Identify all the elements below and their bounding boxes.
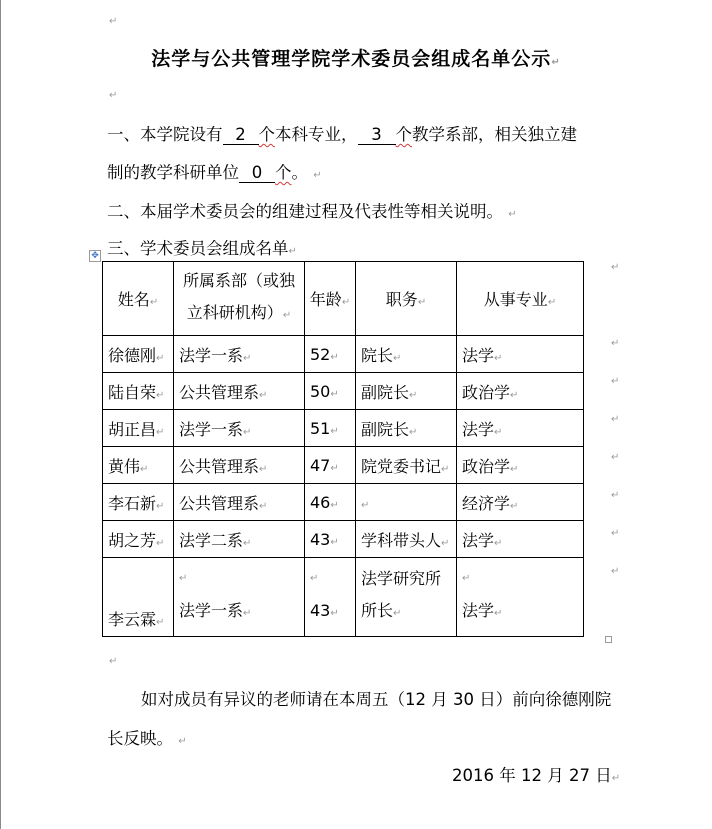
paragraph-mark: ↵	[330, 426, 338, 437]
cell-text: 副院长	[361, 383, 409, 402]
cell-text: 学科带头人	[361, 531, 441, 550]
cell-text: 50	[310, 382, 330, 401]
paragraph-mark: ↵	[156, 353, 164, 364]
cell-text: 法学二系	[179, 531, 243, 550]
cell-text: 徐德刚	[108, 346, 156, 365]
cell-text: 公共管理系	[179, 457, 259, 476]
cell-text: 黄伟	[108, 457, 140, 476]
paragraph-mark: ↵	[441, 464, 449, 475]
cell-text: 法学	[462, 346, 494, 365]
cell-name[interactable]: 胡之芳↵	[103, 521, 174, 558]
row-end-mark: ↵	[611, 376, 619, 387]
cell-position[interactable]: 副院长↵	[356, 410, 457, 447]
majors-text: 本科专业，	[275, 125, 358, 144]
paragraph-mark: ↵	[330, 608, 338, 619]
paragraph-mark: ↵	[612, 773, 620, 784]
paragraph-mark: ↵	[330, 537, 338, 548]
table-row: 胡正昌↵ 法学一系↵ 51↵ 副院长↵ 法学↵	[103, 410, 584, 447]
cell-text: 法学	[462, 531, 494, 550]
units-count-field[interactable]: 0	[239, 164, 275, 183]
paragraph-mark: ↵	[243, 538, 251, 549]
cell-text-line1: 法学研究所	[361, 569, 441, 588]
title-text: 法学与公共管理学院学术委员会组成名单公示	[151, 48, 551, 70]
paragraph-mark: ↵	[156, 390, 164, 401]
header-position[interactable]: 职务↵	[356, 262, 457, 336]
cell-text: 47	[310, 456, 330, 475]
depts-count-field[interactable]: 3	[358, 126, 396, 145]
paragraph-mark: ↵	[243, 353, 251, 364]
paragraph-mark: ↵	[243, 427, 251, 438]
cell-age[interactable]: 46↵	[305, 484, 356, 521]
header-specialty-label: 从事专业	[484, 290, 548, 309]
cell-age[interactable]: 47↵	[305, 447, 356, 484]
paragraph-mark: ↵	[409, 427, 417, 438]
cell-text: 法学	[462, 601, 494, 620]
cell-position[interactable]: 法学研究所所长↵	[356, 558, 457, 637]
paragraph-mark: ↵	[494, 608, 502, 619]
header-dept-line1: 所属系部（或独	[183, 271, 295, 290]
majors-unit: 个	[259, 125, 276, 144]
paragraph-mark: ↵	[508, 209, 516, 220]
paragraph-mark: ↵	[313, 170, 321, 181]
cell-dept[interactable]: ↵法学一系↵	[174, 558, 305, 637]
cell-text-line2: 所长	[361, 601, 393, 620]
table-row: 胡之芳↵ 法学二系↵ 43↵ 学科带头人↵ 法学↵	[103, 521, 584, 558]
cell-text: 经济学	[462, 494, 510, 513]
paragraph-mark: ↵	[259, 390, 267, 401]
cell-text: 51	[310, 419, 330, 438]
cell-position[interactable]: 院党委书记↵	[356, 447, 457, 484]
paragraph-mark: ↵	[109, 90, 117, 101]
header-specialty[interactable]: 从事专业↵	[457, 262, 584, 336]
cell-text: 43	[310, 530, 330, 549]
paragraph-mark: ↵	[259, 501, 267, 512]
paragraph-mark: ↵	[259, 464, 267, 475]
cell-text: 公共管理系	[179, 494, 259, 513]
document-title[interactable]: 法学与公共管理学院学术委员会组成名单公示↵	[0, 44, 712, 71]
cell-text: 副院长	[361, 420, 409, 439]
paragraph-mark: ↵	[330, 500, 338, 511]
row-end-mark: ↵	[611, 528, 619, 539]
cell-text: 陆自荣	[108, 383, 156, 402]
paragraph-mark: ↵	[510, 390, 518, 401]
cell-text: 法学一系	[179, 601, 243, 620]
cell-text: 政治学	[462, 383, 510, 402]
table-row: 李云霖↵ ↵法学一系↵ ↵43↵ 法学研究所所长↵ ↵法学↵	[103, 558, 584, 637]
cell-text: 52	[310, 345, 330, 364]
header-dept[interactable]: 所属系部（或独立科研机构）↵	[174, 262, 305, 336]
paragraph-mark: ↵	[178, 736, 186, 747]
section-1-line-2-suffix: 。	[292, 163, 309, 182]
cell-specialty[interactable]: 政治学↵	[457, 373, 584, 410]
cell-name[interactable]: 胡正昌↵	[103, 410, 174, 447]
cell-position[interactable]: 学科带头人↵	[356, 521, 457, 558]
paragraph-mark: ↵	[393, 608, 401, 619]
cell-text: 李云霖	[108, 610, 156, 629]
section-2-text: 二、本届学术委员会的组建过程及代表性等相关说明。	[107, 202, 503, 221]
cell-text: 院长	[361, 346, 393, 365]
header-position-label: 职务	[386, 290, 418, 309]
cell-text: 胡之芳	[108, 531, 156, 550]
row-end-mark: ↵	[611, 566, 619, 577]
paragraph-mark: ↵	[409, 390, 417, 401]
cell-age[interactable]: 43↵	[305, 521, 356, 558]
cell-text: 院党委书记	[361, 457, 441, 476]
cell-text: 胡正昌	[108, 420, 156, 439]
paragraph-mark: ↵	[283, 310, 291, 321]
paragraph-mark: ↵	[494, 538, 502, 549]
paragraph-mark: ↵	[418, 297, 426, 308]
cell-dept[interactable]: 公共管理系↵	[174, 373, 305, 410]
table-row: 李石新↵ 公共管理系↵ 46↵ ↵ 经济学↵	[103, 484, 584, 521]
paragraph-mark: ↵	[150, 297, 158, 308]
section-2[interactable]: 二、本届学术委员会的组建过程及代表性等相关说明。 ↵	[107, 198, 517, 222]
cell-text: 法学	[462, 420, 494, 439]
depts-text: 教学系部，相关独立建	[412, 125, 577, 144]
cell-specialty[interactable]: 经济学↵	[457, 484, 584, 521]
cell-text: 李石新	[108, 494, 156, 513]
cell-age[interactable]: ↵43↵	[305, 558, 356, 637]
paragraph-mark: ↵	[494, 427, 502, 438]
cell-specialty[interactable]: ↵法学↵	[457, 558, 584, 637]
paragraph-mark: ↵	[393, 353, 401, 364]
paragraph-mark: ↵	[330, 352, 338, 363]
section-3-text: 三、学术委员会组成名单	[107, 239, 289, 258]
header-name-label: 姓名	[118, 290, 150, 309]
paragraph-mark: ↵	[310, 573, 318, 584]
depts-unit: 个	[396, 125, 413, 144]
cell-text: 法学一系	[179, 420, 243, 439]
paragraph-mark: ↵	[510, 501, 518, 512]
cell-specialty[interactable]: 政治学↵	[457, 447, 584, 484]
cell-dept[interactable]: 法学一系↵	[174, 336, 305, 373]
paragraph-mark: ↵	[289, 246, 297, 257]
cell-age[interactable]: 51↵	[305, 410, 356, 447]
cell-text: 政治学	[462, 457, 510, 476]
paragraph-mark: ↵	[243, 608, 251, 619]
paragraph-mark: ↵	[548, 297, 556, 308]
cell-position[interactable]: 副院长↵	[356, 373, 457, 410]
table-header-row: 姓名↵ 所属系部（或独立科研机构）↵ 年龄↵ 职务↵ 从事专业↵	[103, 262, 584, 336]
header-dept-line2: 立科研机构）	[187, 303, 283, 322]
cell-dept[interactable]: 公共管理系↵	[174, 447, 305, 484]
cell-position[interactable]: 院长↵	[356, 336, 457, 373]
paragraph-mark: ↵	[361, 500, 369, 511]
paragraph-mark: ↵	[441, 538, 449, 549]
cell-text: 43	[310, 601, 330, 620]
section-3[interactable]: 三、学术委员会组成名单↵	[107, 235, 297, 259]
page-left-edge	[0, 0, 1, 829]
cell-specialty[interactable]: 法学↵	[457, 410, 584, 447]
cell-name[interactable]: 李石新↵	[103, 484, 174, 521]
section-1-line-2[interactable]: 制的教学科研单位0个。 ↵	[107, 159, 322, 183]
header-age[interactable]: 年龄↵	[305, 262, 356, 336]
notice-line-1[interactable]: 如对成员有异议的老师请在本周五（12 月 30 日）前向徐德刚院	[141, 686, 611, 710]
row-end-mark: ↵	[611, 414, 619, 425]
cell-dept[interactable]: 法学二系↵	[174, 521, 305, 558]
cell-position[interactable]: ↵	[356, 484, 457, 521]
paragraph-mark: ↵	[342, 297, 350, 308]
row-end-mark: ↵	[611, 452, 619, 463]
table-row: 徐德刚↵ 法学一系↵ 52↵ 院长↵ 法学↵	[103, 336, 584, 373]
cell-name[interactable]: 李云霖↵	[103, 558, 174, 637]
majors-count-field[interactable]: 2	[223, 126, 259, 145]
section-1-line-2-prefix: 制的教学科研单位	[107, 163, 239, 182]
cell-specialty[interactable]: 法学↵	[457, 336, 584, 373]
units-unit: 个	[275, 163, 292, 182]
table-row: 陆自荣↵ 公共管理系↵ 50↵ 副院长↵ 政治学↵	[103, 373, 584, 410]
cell-age[interactable]: 50↵	[305, 373, 356, 410]
cell-name[interactable]: 徐德刚↵	[103, 336, 174, 373]
paragraph-mark: ↵	[330, 463, 338, 474]
notice-text-1: 如对成员有异议的老师请在本周五（12 月 30 日）前向徐德刚院	[141, 690, 611, 709]
row-end-mark: ↵	[611, 262, 619, 273]
row-end-mark: ↵	[611, 338, 619, 349]
cell-age[interactable]: 52↵	[305, 336, 356, 373]
paragraph-mark: ↵	[330, 389, 338, 400]
paragraph-mark: ↵	[156, 538, 164, 549]
paragraph-mark: ↵	[156, 501, 164, 512]
table-resize-handle[interactable]	[605, 636, 612, 643]
paragraph-mark: ↵	[179, 573, 187, 584]
paragraph-mark: ↵	[109, 16, 117, 27]
cell-text: 法学一系	[179, 346, 243, 365]
cell-specialty[interactable]: 法学↵	[457, 521, 584, 558]
header-name[interactable]: 姓名↵	[103, 262, 174, 336]
header-age-label: 年龄	[310, 290, 342, 309]
paragraph-mark: ↵	[109, 656, 117, 667]
paragraph-mark: ↵	[551, 57, 560, 68]
notice-text-2: 长反映。	[107, 729, 173, 748]
table-row: 黄伟↵ 公共管理系↵ 47↵ 院党委书记↵ 政治学↵	[103, 447, 584, 484]
cell-dept[interactable]: 公共管理系↵	[174, 484, 305, 521]
paragraph-mark: ↵	[140, 464, 148, 475]
section-1-prefix: 一、本学院设有	[107, 125, 223, 144]
cell-dept[interactable]: 法学一系↵	[174, 410, 305, 447]
cell-text: 公共管理系	[179, 383, 259, 402]
paragraph-mark: ↵	[462, 573, 470, 584]
paragraph-mark: ↵	[510, 464, 518, 475]
table-move-handle-icon[interactable]: ✥	[89, 250, 101, 262]
cell-name[interactable]: 陆自荣↵	[103, 373, 174, 410]
paragraph-mark: ↵	[156, 617, 164, 628]
paragraph-mark: ↵	[156, 427, 164, 438]
cell-name[interactable]: 黄伟↵	[103, 447, 174, 484]
section-1-line-1[interactable]: 一、本学院设有2个本科专业，3个教学系部，相关独立建	[107, 121, 577, 145]
committee-table: 姓名↵ 所属系部（或独立科研机构）↵ 年龄↵ 职务↵ 从事专业↵ 徐德刚↵ 法学…	[102, 261, 584, 637]
cell-text: 46	[310, 493, 330, 512]
notice-line-2[interactable]: 长反映。 ↵	[107, 725, 187, 749]
row-end-mark: ↵	[611, 490, 619, 501]
signature-date[interactable]: 2016 年 12 月 27 日↵	[452, 762, 620, 786]
date-text: 2016 年 12 月 27 日	[452, 766, 612, 785]
paragraph-mark: ↵	[494, 353, 502, 364]
